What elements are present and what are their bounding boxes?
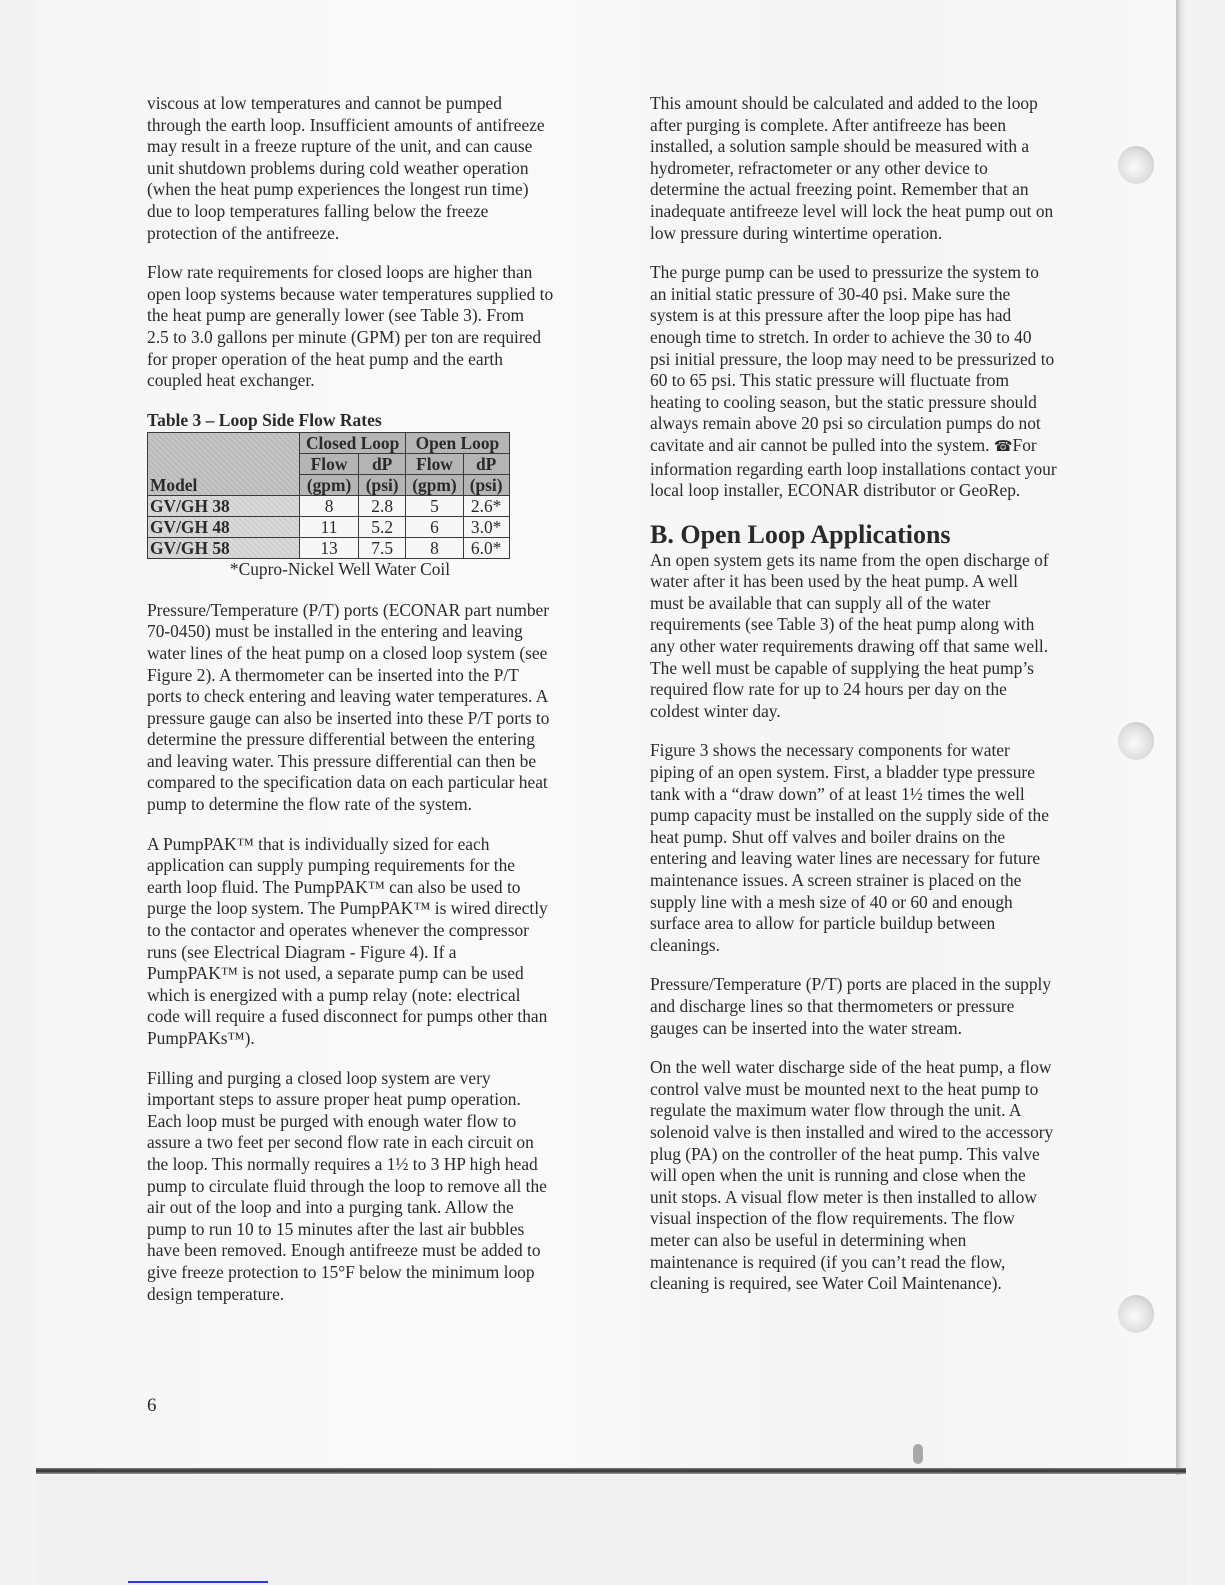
table-header-model: Model bbox=[148, 432, 300, 495]
closed-flow-cell: 11 bbox=[300, 516, 359, 537]
closed-flow-cell: 8 bbox=[300, 495, 359, 516]
table-row: GV/GH 48 11 5.2 6 3.0* bbox=[148, 516, 510, 537]
open-flow-cell: 5 bbox=[406, 495, 463, 516]
punch-hole-middle bbox=[1118, 722, 1154, 760]
loop-flow-rates-table: Model Closed Loop Open Loop Flow dP Flow… bbox=[147, 432, 510, 559]
table-unit-open-flow: (gpm) bbox=[406, 474, 463, 495]
paragraph-discharge-side: On the well water discharge side of the … bbox=[650, 1057, 1090, 1295]
model-cell: GV/GH 38 bbox=[148, 495, 300, 516]
table-row: GV/GH 58 13 7.5 8 6.0* bbox=[148, 537, 510, 558]
paragraph-filling-purging: Filling and purging a closed loop system… bbox=[147, 1068, 587, 1306]
model-cell: GV/GH 48 bbox=[148, 516, 300, 537]
closed-dp-cell: 7.5 bbox=[359, 537, 406, 558]
page-number: 6 bbox=[147, 1395, 157, 1417]
paragraph-antifreeze-amount: This amount should be calculated and add… bbox=[650, 93, 1090, 244]
paragraph-open-system: An open system gets its name from the op… bbox=[650, 550, 1090, 723]
paragraph-pt-ports-open: Pressure/Temperature (P/T) ports are pla… bbox=[650, 974, 1090, 1039]
page-edge bbox=[1176, 0, 1186, 1475]
section-heading-open-loop: B. Open Loop Applications bbox=[650, 520, 1090, 550]
scan-background bbox=[36, 1476, 1186, 1585]
punch-hole-top bbox=[1118, 146, 1154, 184]
table-unit-open-dp: (psi) bbox=[463, 474, 509, 495]
table-header-closed-loop: Closed Loop bbox=[300, 432, 406, 453]
table-unit-closed-dp: (psi) bbox=[359, 474, 406, 495]
scan-artifact-line bbox=[128, 1581, 268, 1583]
open-dp-cell: 3.0* bbox=[463, 516, 509, 537]
page-bottom-edge bbox=[36, 1468, 1186, 1474]
open-flow-cell: 8 bbox=[406, 537, 463, 558]
paragraph-pumppak: A PumpPAK™ that is individually sized fo… bbox=[147, 834, 587, 1050]
paragraph-pt-ports: Pressure/Temperature (P/T) ports (ECONAR… bbox=[147, 600, 587, 816]
paragraph-antifreeze-viscosity: viscous at low temperatures and cannot b… bbox=[147, 93, 587, 244]
paragraph-purge-pump: The purge pump can be used to pressurize… bbox=[650, 262, 1090, 502]
table-subheader-open-flow: Flow bbox=[406, 453, 463, 474]
closed-dp-cell: 2.8 bbox=[359, 495, 406, 516]
table-subheader-closed-dp: dP bbox=[359, 453, 406, 474]
scan-blemish bbox=[913, 1444, 923, 1464]
left-column: viscous at low temperatures and cannot b… bbox=[147, 93, 587, 1323]
table-footnote: *Cupro-Nickel Well Water Coil bbox=[147, 559, 533, 580]
right-column: This amount should be calculated and add… bbox=[650, 93, 1090, 1313]
open-dp-cell: 2.6* bbox=[463, 495, 509, 516]
open-flow-cell: 6 bbox=[406, 516, 463, 537]
table-title: Table 3 – Loop Side Flow Rates bbox=[147, 410, 587, 430]
table-header-open-loop: Open Loop bbox=[406, 432, 509, 453]
open-dp-cell: 6.0* bbox=[463, 537, 509, 558]
table-subheader-open-dp: dP bbox=[463, 453, 509, 474]
table-subheader-closed-flow: Flow bbox=[300, 453, 359, 474]
table-row: GV/GH 38 8 2.8 5 2.6* bbox=[148, 495, 510, 516]
table-unit-closed-flow: (gpm) bbox=[300, 474, 359, 495]
punch-hole-bottom bbox=[1118, 1295, 1154, 1333]
closed-flow-cell: 13 bbox=[300, 537, 359, 558]
telephone-icon: ☎ bbox=[994, 439, 1013, 455]
paragraph-figure-3: Figure 3 shows the necessary components … bbox=[650, 740, 1090, 956]
closed-dp-cell: 5.2 bbox=[359, 516, 406, 537]
purge-text: The purge pump can be used to pressurize… bbox=[650, 262, 1054, 455]
paragraph-flow-rate-requirements: Flow rate requirements for closed loops … bbox=[147, 262, 587, 392]
model-cell: GV/GH 58 bbox=[148, 537, 300, 558]
